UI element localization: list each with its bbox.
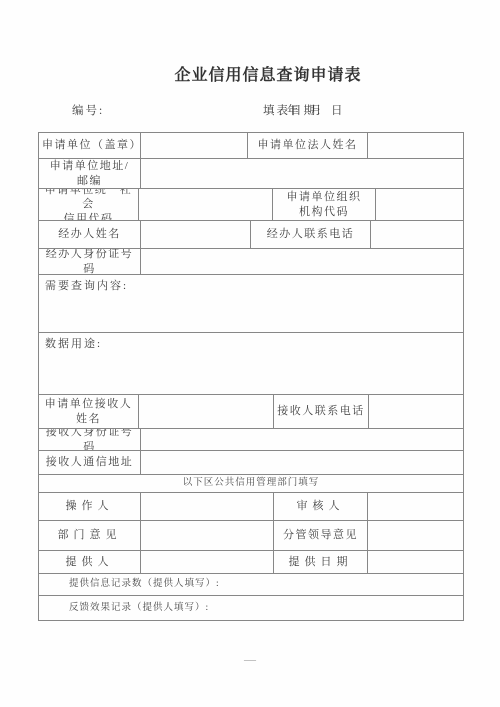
application-form-table: 申请单位（盖章） 申请单位法人姓名 申请单位地址/ 邮编 申请单位统一社会 信用… [38,132,464,621]
label-leader-opinion: 分管领导意见 [274,521,368,551]
document-page: 企业信用信息查询申请表 编号: 填表日期: 年 月 日 申请单位（盖章） 申请单… [0,0,500,707]
meta-line: 编号: 填表日期: 年 月 日 [38,102,463,118]
field-legal-person-name [368,133,464,159]
page-title: 企业信用信息查询申请表 [18,62,500,85]
label-operator: 操作人 [39,493,141,521]
data-usage-cell: 数据用途: [39,333,464,395]
field-reviewer [368,493,464,521]
table-row: 提供人 提供日期 [39,551,464,574]
field-handler-phone [371,221,464,249]
field-receiver-name [139,395,274,429]
table-row: 接收人身份证号码 [39,429,464,451]
field-operator [141,493,274,521]
field-receiver-phone [369,395,464,429]
label-receiver-name: 申请单位接收人 姓名 [39,395,139,429]
table-row: 申请单位统一社会 信用代码 申请单位组织 机构代码 [39,189,464,221]
feedback-record-cell: 反馈效果记录（提供人填写）: [39,596,464,621]
label-provide-date: 提供日期 [274,551,368,574]
label-handler-id-number: 经办人身份证号码 [39,249,141,275]
table-row: 提供信息记录数（提供人填写）: [39,574,464,596]
table-row: 经办人身份证号码 [39,249,464,275]
field-handler-name [141,221,251,249]
label-social-credit-code: 申请单位统一社会 信用代码 [39,189,139,221]
field-org-code [376,189,464,221]
label-receiver-id-number: 接收人身份证号码 [39,429,141,451]
label-receiver-phone: 接收人联系电话 [274,395,369,429]
label-handler-name: 经办人姓名 [39,221,141,249]
label-provider: 提供人 [39,551,141,574]
table-row: 申请单位（盖章） 申请单位法人姓名 [39,133,464,159]
field-unit-address [141,159,464,189]
label-applicant-unit: 申请单位（盖章） [39,133,141,159]
day-label: 日 [331,102,345,118]
table-row: 申请单位地址/ 邮编 [39,159,464,189]
field-handler-id-number [141,249,464,275]
label-legal-person-name: 申请单位法人姓名 [248,133,368,159]
field-department-opinion [141,521,274,551]
table-row: 经办人姓名 经办人联系电话 [39,221,464,249]
table-row: 数据用途: [39,333,464,395]
table-row: 反馈效果记录（提供人填写）: [39,596,464,621]
label-org-code: 申请单位组织 机构代码 [273,189,376,221]
label-receiver-mail-address: 接收人通信地址 [39,451,141,475]
field-leader-opinion [368,521,464,551]
label-reviewer: 审核人 [274,493,368,521]
page-number: — [0,652,500,667]
table-row: 以下区公共信用管理部门填写 [39,475,464,493]
table-row: 部门意见 分管领导意见 [39,521,464,551]
month-label: 月 [310,102,324,118]
field-receiver-mail-address [141,451,464,475]
query-content-cell: 需要查询内容: [39,275,464,333]
label-department-opinion: 部门意见 [39,521,141,551]
table-row: 接收人通信地址 [39,451,464,475]
field-applicant-unit [141,133,248,159]
serial-number-label: 编号: [72,102,104,118]
record-count-cell: 提供信息记录数（提供人填写）: [39,574,464,596]
year-label: 年 [287,102,301,118]
field-social-credit-code [139,189,273,221]
table-row: 需要查询内容: [39,275,464,333]
field-receiver-id-number [141,429,464,451]
table-row: 操作人 审核人 [39,493,464,521]
section-header-official-use: 以下区公共信用管理部门填写 [39,475,464,493]
label-unit-address: 申请单位地址/ 邮编 [39,159,141,189]
table-row: 申请单位接收人 姓名 接收人联系电话 [39,395,464,429]
field-provide-date [368,551,464,574]
field-provider [141,551,274,574]
label-handler-phone: 经办人联系电话 [251,221,371,249]
